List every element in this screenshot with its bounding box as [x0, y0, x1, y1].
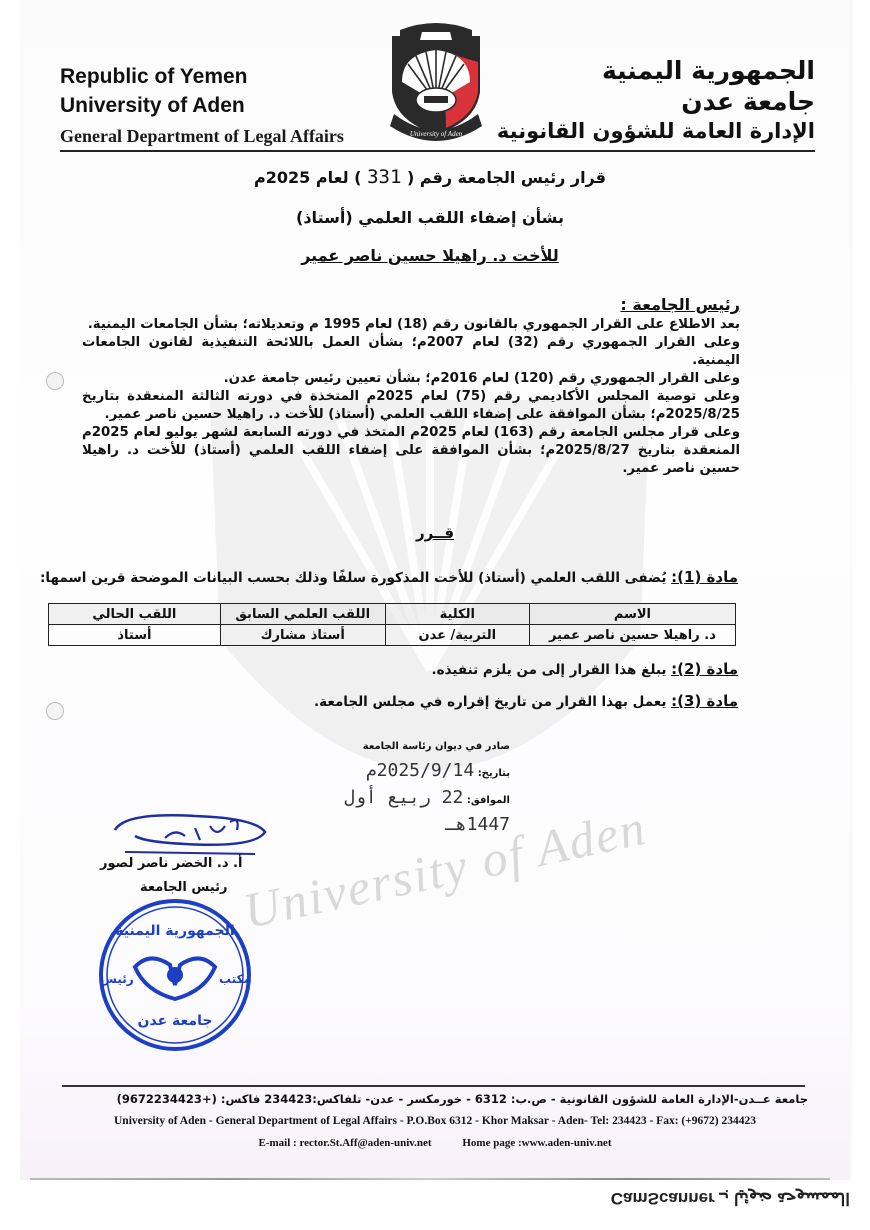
svg-text:جامعة عدن: جامعة عدن [138, 1013, 213, 1029]
cell-name: د. راهيلا حسين ناصر عمير [529, 625, 735, 646]
decision-title: قرار رئيس الجامعة رقم ( 331 ) لعام 2025م [150, 165, 710, 190]
title-suffix: ) لعام 2025م [254, 168, 362, 187]
decision-number: 331 [367, 166, 401, 188]
column-header-previous-title: اللقب العلمي السابق [220, 604, 385, 625]
article-1: مادة (1): يُضفى اللقب العلمي (أستاذ) للأ… [40, 568, 738, 586]
camscanner-caption: الممسوحة ضوئيا بـ CamScanner [611, 1188, 850, 1208]
signatory-title: رئيس الجامعة [140, 880, 227, 895]
preamble-paragraph: وعلى قرار مجلس الجامعة رقم (163) لعام 20… [82, 424, 740, 478]
punch-hole [46, 372, 64, 390]
preamble-paragraph: وعلى توصية المجلس الأكاديمي رقم (75) لعا… [82, 388, 740, 424]
cell-previous-title: أستاذ مشارك [220, 625, 385, 646]
footer-arabic: جامعة عــدن-الإدارة العامة للشؤون القانو… [62, 1092, 808, 1106]
hijri-label: الموافق: [467, 795, 510, 806]
department-name-ar: الإدارة العامة للشؤون القانونية [497, 117, 815, 145]
page-bottom-edge [30, 1178, 830, 1180]
issue-date-row: بتاريخ: 2025/9/14م [300, 759, 510, 786]
university-name-en: University of Aden [60, 91, 344, 120]
article-2: مادة (2): يبلغ هذا القرار إلى من يلزم تن… [431, 660, 738, 678]
footer-contact: E-mail : rector.St.Aff@aden-univ.net Hom… [0, 1137, 870, 1149]
column-header-college: الكلية [385, 604, 529, 625]
footer-divider [62, 1085, 805, 1087]
date-label: بتاريخ: [478, 768, 510, 779]
decides-heading: قــرر [0, 524, 870, 542]
title-prefix: قرار رئيس الجامعة رقم ( [407, 168, 606, 187]
preamble-paragraph: وعلى القرار الجمهوري رقم (32) لعام 2007م… [82, 334, 740, 370]
hijri-date-row: الموافق: 22 ربيع أول 1447هـ [300, 786, 510, 840]
university-logo-icon: University of Aden [386, 22, 486, 150]
table-header-row: الاسم الكلية اللقب العلمي السابق اللقب ا… [49, 604, 736, 625]
issuance-block: صادر في ديوان رئاسة الجامعة بتاريخ: 2025… [300, 735, 510, 840]
svg-text:رئيس: رئيس [100, 972, 133, 986]
article-3: مادة (3): يعمل بهذا القرار من تاريخ إقرا… [314, 692, 738, 710]
footer-email: E-mail : rector.St.Aff@aden-univ.net [259, 1137, 432, 1149]
preamble-heading: رئيس الجامعة : [82, 295, 740, 314]
article-label: مادة (3): [671, 692, 738, 710]
official-stamp-icon: الجمهورية اليمنية مكتب رئيس جامعة عدن [95, 895, 255, 1055]
svg-text:University of Aden: University of Aden [410, 130, 463, 138]
preamble: رئيس الجامعة : بعد الاطلاع على القرار ال… [82, 295, 740, 478]
country-name-en: Republic of Yemen [60, 62, 344, 91]
cell-current-title: أستاذ [49, 625, 221, 646]
article-text: يُضفى اللقب العلمي (أستاذ) للأخت المذكور… [40, 570, 671, 586]
footer-homepage: Home page :www.aden-univ.net [462, 1137, 611, 1149]
article-label: مادة (1): [671, 568, 738, 586]
punch-hole [46, 702, 64, 720]
preamble-paragraph: بعد الاطلاع على القرار الجمهوري بالقانون… [82, 316, 740, 334]
promotion-table: الاسم الكلية اللقب العلمي السابق اللقب ا… [48, 603, 736, 646]
header-arabic: الجمهورية اليمنية جامعة عدن الإدارة العا… [497, 55, 815, 145]
header-divider [60, 150, 815, 152]
preamble-paragraph: وعلى القرار الجمهوري رقم (120) لعام 2016… [82, 370, 740, 388]
article-text: يبلغ هذا القرار إلى من يلزم تنفيذه. [431, 662, 671, 678]
header-english: Republic of Yemen University of Aden Gen… [60, 62, 344, 150]
signature-icon [105, 808, 275, 858]
department-name-en: General Department of Legal Affairs [60, 122, 344, 150]
column-header-name: الاسم [529, 604, 735, 625]
university-name-ar: جامعة عدن [497, 87, 815, 117]
decision-title-block: قرار رئيس الجامعة رقم ( 331 ) لعام 2025م… [150, 165, 710, 268]
decision-subject: بشأن إضفاء اللقب العلمي (أستاذ) [150, 206, 710, 230]
country-name-ar: الجمهورية اليمنية [497, 55, 815, 87]
svg-text:مكتب: مكتب [219, 972, 251, 986]
svg-text:الجمهورية اليمنية: الجمهورية اليمنية [115, 923, 234, 939]
issued-at: صادر في ديوان رئاسة الجامعة [300, 735, 510, 759]
footer-english: University of Aden - General Department … [62, 1115, 808, 1127]
date-value: 2025/9/14م [366, 760, 474, 781]
article-label: مادة (2): [671, 660, 738, 678]
column-header-current-title: اللقب الحالي [49, 604, 221, 625]
article-text: يعمل بهذا القرار من تاريخ إقراره في مجلس… [314, 694, 671, 710]
cell-college: التربية/ عدن [385, 625, 529, 646]
signatory-name: أ. د. الخضر ناصر لصور [100, 856, 242, 871]
decision-recipient: للأخت د. راهيلا حسين ناصر عمير [150, 244, 710, 268]
table-row: د. راهيلا حسين ناصر عمير التربية/ عدن أس… [49, 625, 736, 646]
